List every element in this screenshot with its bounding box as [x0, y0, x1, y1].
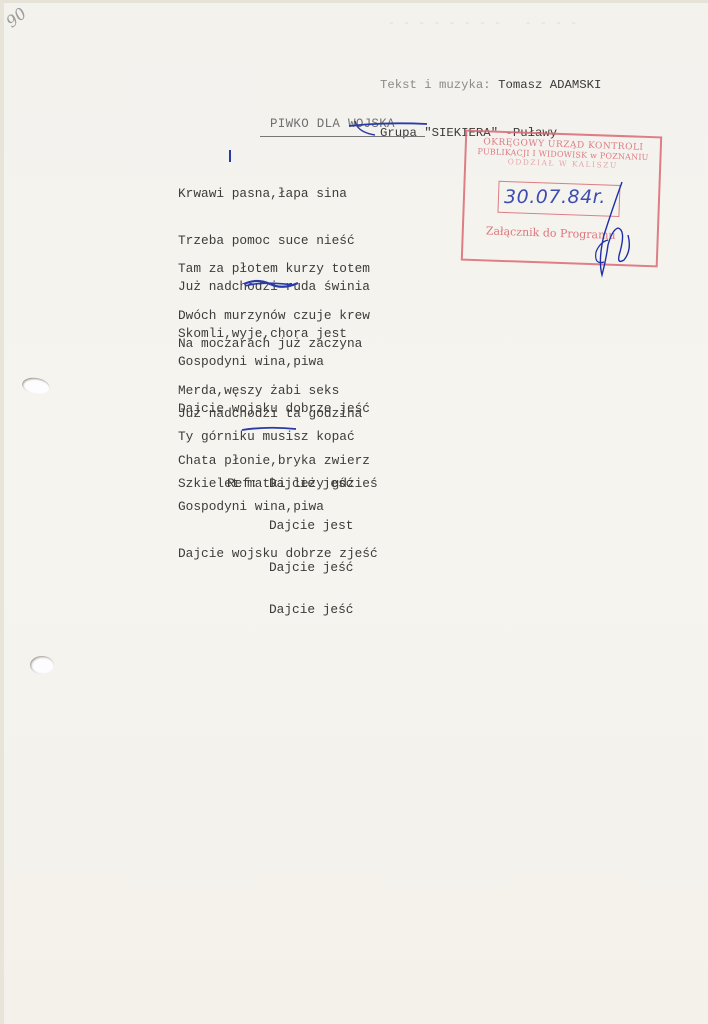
refrain-line: Dajcie jeść: [227, 603, 353, 617]
page-left-edge: [0, 0, 4, 1024]
punch-hole: [30, 656, 54, 674]
refrain: Ref:Dajcie jeść Dajcie jest Dajcie jeść …: [227, 449, 353, 645]
refrain-line: Ref:Dajcie jeść: [227, 477, 353, 491]
title-text: PIWKO DLA: [270, 117, 348, 131]
refrain-line: Dajcie jeść: [227, 561, 353, 575]
document-page: 90 - - - - - - - - - - - - Tekst i muzyk…: [0, 0, 708, 1024]
verse-line: Na moczarach już zaczyna: [178, 336, 378, 352]
handwritten-date: 30.07.84r.: [504, 186, 606, 208]
author-name: Tomasz ADAMSKI: [498, 78, 601, 92]
verse-line: Krwawi pasna,łapa sina: [178, 186, 370, 202]
verse-line: Już nadchodzi ta godzina: [178, 406, 378, 422]
stamp-date-box: 30.07.84r.: [497, 181, 620, 217]
title-struck-word: WOJSKA: [348, 117, 395, 131]
stamp-footer: Załącznik do Programu: [486, 224, 616, 242]
author-label: Tekst i muzyka:: [380, 78, 491, 92]
faded-show-through-text: - - - - - - - - - - - -: [388, 18, 588, 34]
song-title: PIWKO DLA WOJSKA: [270, 117, 395, 131]
title-underline: [260, 136, 425, 137]
page-top-edge: [0, 0, 708, 3]
author-line: Tekst i muzyka: Tomasz ADAMSKI: [380, 77, 601, 93]
punch-hole: [21, 376, 51, 397]
verse-line: Tam za płotem kurzy totem: [178, 261, 370, 277]
pencil-page-number: 90: [2, 4, 30, 32]
refrain-label: Ref:: [227, 477, 269, 491]
refrain-line: Dajcie jest: [227, 519, 353, 533]
censorship-stamp: OKRĘGOWY URZĄD KONTROLI PUBLIKACJI I WID…: [461, 130, 662, 268]
